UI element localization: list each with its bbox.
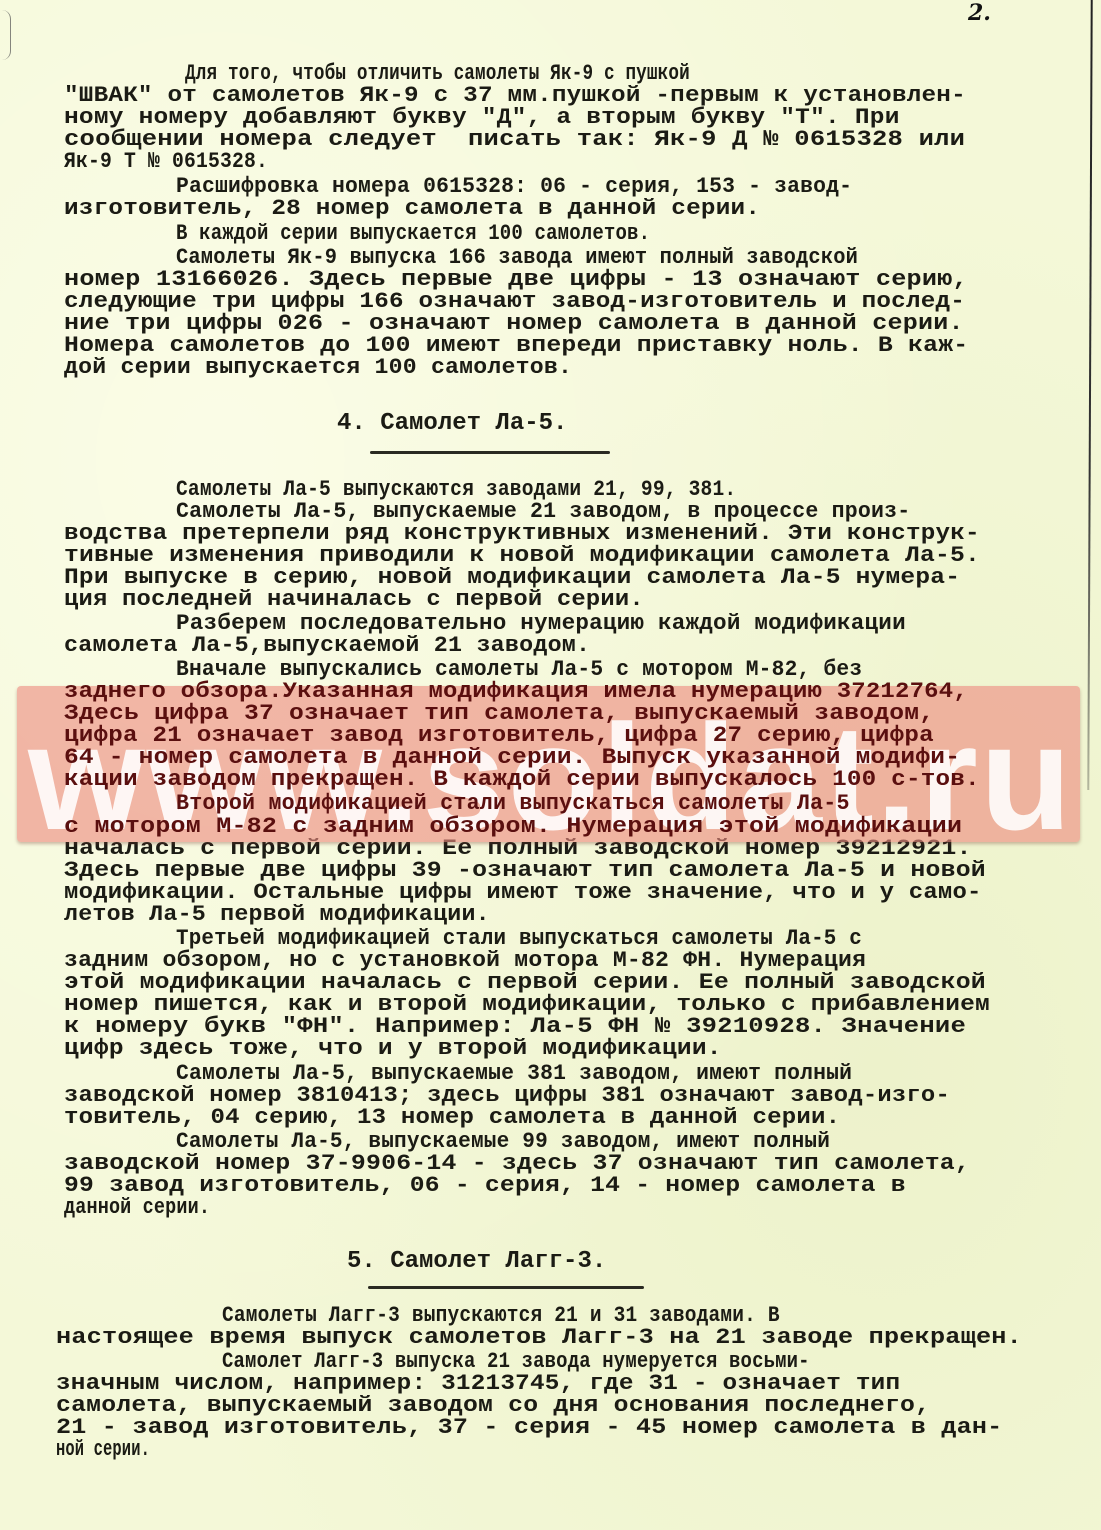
section-4-line: Здесь цифра 37 означает тип самолета, вы…	[64, 702, 934, 724]
section-4-line: ция последней начиналась с первой серии.	[64, 588, 644, 610]
intro-line: Як-9 Т № 0615328.	[64, 150, 268, 172]
intro-line: "ШВАК" от самолетов Як-9 с 37 мм.пушкой …	[64, 84, 966, 106]
section-4-line: кации заводом прекращен. В каждой серии …	[64, 768, 980, 790]
intro-line: изготовитель, 28 номер самолета в данной…	[64, 197, 760, 219]
section-4-line: товитель, 04 серию, 13 номер самолета в …	[64, 1106, 840, 1128]
intro-line: дой серии выпускается 100 самолетов.	[64, 356, 572, 378]
intro-line: Для того, чтобы отличить самолеты Як-9 с…	[185, 62, 690, 84]
section-4-line: Самолеты Ла-5 выпускаются заводами 21, 9…	[176, 478, 736, 500]
section-4-line: Третьей модификацией стали выпускаться с…	[176, 927, 862, 949]
paper-edge-mark	[2, 10, 11, 60]
intro-line: Самолеты Як-9 выпуска 166 завода имеют п…	[176, 246, 858, 268]
section-4-line: цифр здесь тоже, что и у второй модифика…	[64, 1037, 722, 1059]
section-4-line: задним обзором, но с установкой мотора М…	[64, 949, 866, 971]
section-4-line: 99 завод изготовитель, 06 - серия, 14 - …	[64, 1174, 906, 1196]
intro-line: Расшифровка номера 0615328: 06 - серия, …	[176, 175, 852, 197]
intro-line: В каждой серии выпускается 100 самолетов…	[176, 222, 650, 244]
paper-fold-line	[1087, 0, 1092, 790]
section-4-line: номер пишется, как и второй модификации,…	[64, 993, 990, 1015]
intro-line: Номера самолетов до 100 имеют впереди пр…	[64, 334, 968, 356]
section-4-line: Самолеты Ла-5, выпускаемые 381 заводом, …	[176, 1062, 852, 1084]
intro-line: ние три цифры 026 - означают номер самол…	[64, 312, 964, 334]
section-4-line: с мотором М-82 с задним обзором. Нумерац…	[64, 815, 962, 837]
section-4-line: Разберем последовательно нумерацию каждо…	[176, 612, 906, 634]
section-4-line: этой модификации началась с первой серии…	[64, 971, 986, 993]
section-4-line: цифра 21 означает завод изготовитель, ци…	[64, 724, 934, 746]
document-page: 2. Для того, чтобы отличить самолеты Як-…	[0, 0, 1101, 1530]
section-4-line: Вначале выпускались самолеты Ла-5 с мото…	[176, 658, 862, 680]
section-4-line: тивные изменения приводили к новой модиф…	[64, 544, 980, 566]
section-4-line: к номеру букв "ФН". Например: Ла-5 ФН № …	[64, 1015, 966, 1037]
section-4-underline	[370, 451, 610, 454]
section-5-line: ной серии.	[56, 1438, 150, 1460]
section-4-line: водства претерпели ряд конструктивных из…	[64, 522, 980, 544]
section-4-line: летов Ла-5 первой модификации.	[64, 903, 490, 925]
section-5-line: значным числом, например: 31213745, где …	[56, 1372, 900, 1394]
section-4-line: заднего обзора.Указанная модификация име…	[64, 680, 968, 702]
intro-line: ному номеру добавляют букву "Д", а вторы…	[64, 106, 900, 128]
section-4-line: данной серии.	[64, 1196, 210, 1218]
section-5-line: Самолеты Лагг-3 выпускаются 21 и 31 заво…	[222, 1304, 780, 1326]
section-4-line: Второй модификацией стали выпускаться са…	[176, 792, 850, 814]
section-4-line: заводской номер 3810413; здесь цифры 381…	[64, 1084, 950, 1106]
section-5-line: 21 - завод изготовитель, 37 - серия - 45…	[56, 1416, 1002, 1438]
section-4-line: модификации. Остальные цифры имеют тоже …	[64, 881, 982, 903]
section-4-line: Здесь первые две цифры 39 -означают тип …	[64, 859, 986, 881]
intro-line: сообщении номера следует писать так: Як-…	[64, 128, 965, 150]
section-4-line: 64 - номер самолета в данной серии. Выпу…	[64, 746, 960, 768]
section-5-line: настоящее время выпуск самолетов Лагг-3 …	[56, 1326, 1022, 1348]
section-4-line: При выпуске в серию, новой модификации с…	[64, 566, 960, 588]
section-4-heading: 4. Самолет Ла-5.	[337, 412, 567, 436]
page-number: 2.	[968, 0, 991, 26]
intro-line: следующие три цифры 166 означают завод-и…	[64, 290, 965, 312]
section-4-line: самолета Ла-5,выпускаемой 21 заводом.	[64, 634, 590, 656]
section-5-heading: 5. Самолет Лагг-3.	[347, 1250, 606, 1274]
section-5-underline	[368, 1286, 644, 1289]
section-4-line: Самолеты Ла-5, выпускаемые 99 заводом, и…	[176, 1130, 830, 1152]
section-5-line: Самолет Лагг-3 выпуска 21 завода нумеруе…	[222, 1350, 810, 1372]
section-4-line: заводской номер 37-9906-14 - здесь 37 оз…	[64, 1152, 970, 1174]
section-4-line: Самолеты Ла-5, выпускаемые 21 заводом, в…	[176, 500, 910, 522]
section-5-line: самолета, выпускаемый заводом со дня осн…	[56, 1394, 930, 1416]
intro-line: номер 13166026. Здесь первые две цифры -…	[64, 268, 968, 290]
